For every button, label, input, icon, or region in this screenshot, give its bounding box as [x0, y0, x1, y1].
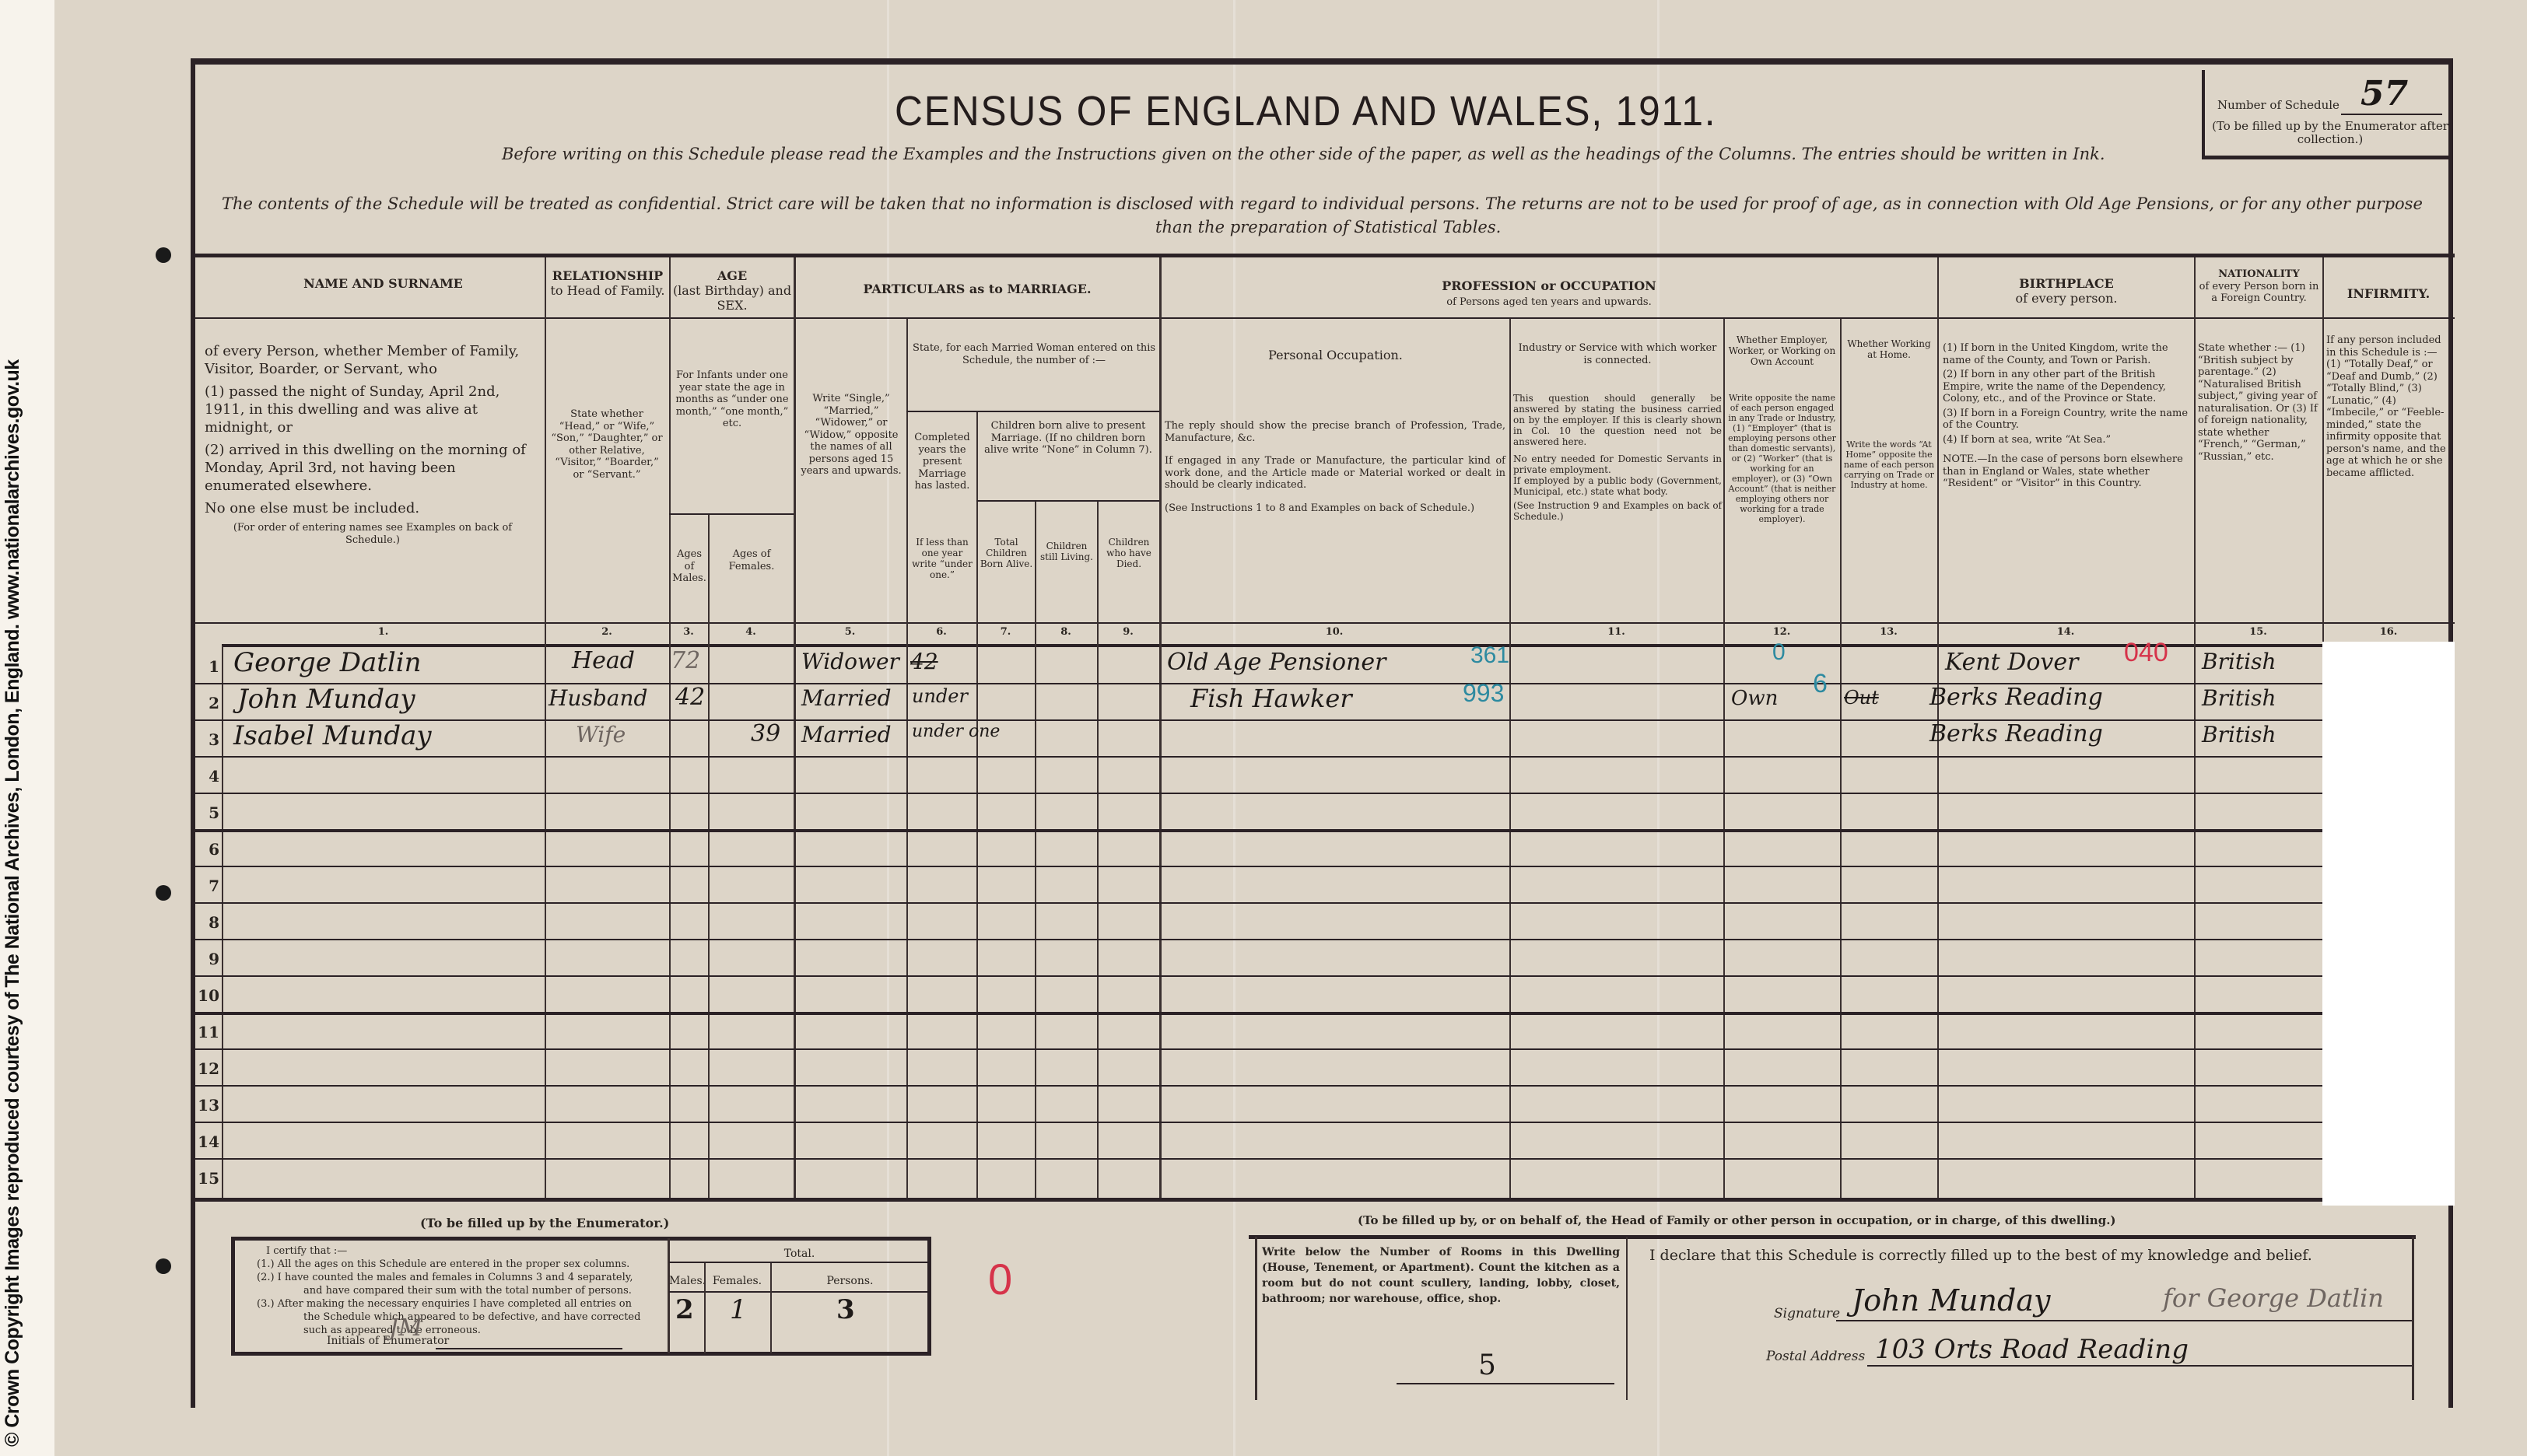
children-group: Children born alive to present Marriage.… — [979, 420, 1158, 457]
row-rule — [191, 1048, 2322, 1050]
rooms-divider — [1626, 1237, 1628, 1400]
cell-relationship[interactable]: Husband — [549, 685, 647, 711]
cell-marital[interactable]: Married — [801, 685, 892, 711]
col11-title: Industry or Service with which worker is… — [1513, 342, 1722, 366]
total-females[interactable]: 1 — [730, 1294, 747, 1325]
cell-relationship[interactable]: Head — [572, 647, 635, 674]
cell-name[interactable]: John Munday — [237, 684, 415, 715]
totals-col-rule — [704, 1263, 706, 1353]
initials-line — [436, 1348, 622, 1349]
col15-title: NATIONALITYof every Person born in a For… — [2196, 268, 2322, 305]
age-title: AGE(last Birthday) and SEX. — [671, 268, 794, 313]
confidential-line-2: than the preparation of Statistical Tabl… — [1155, 218, 1501, 236]
cell-occupation[interactable]: Fish Hawker — [1190, 684, 1352, 713]
cell-birthplace[interactable]: Berks Reading — [1929, 720, 2103, 747]
table-bottom-rule — [191, 1198, 2455, 1202]
total-persons[interactable]: 3 — [836, 1294, 855, 1325]
cell-years-married[interactable]: 42 — [910, 649, 938, 674]
row-rule — [191, 756, 2322, 758]
col-number: 16. — [2322, 626, 2455, 638]
householder-left-rule — [1255, 1237, 1257, 1400]
row-number: 12 — [195, 1059, 219, 1078]
rooms-line — [1397, 1383, 1614, 1384]
col-rule — [1840, 319, 1842, 1198]
schedule-number-box: Number of Schedule 57 (To be filled up b… — [2202, 70, 2452, 159]
cell-nationality[interactable]: British — [2202, 722, 2276, 747]
householder-right-rule — [2412, 1237, 2414, 1400]
schedule-number-label: Number of Schedule — [2217, 98, 2339, 112]
col10-title: Personal Occupation. — [1163, 348, 1508, 362]
col13-body: Write the words “At Home” opposite the n… — [1842, 439, 1936, 490]
col2-body: State whether “Head,” or “Wife,” “Son,” … — [549, 408, 665, 481]
signature-extra[interactable]: for George Datlin — [2163, 1283, 2384, 1313]
cell-at-home[interactable]: Out — [1844, 687, 1879, 709]
col-number: 2. — [545, 626, 669, 638]
col-rule — [708, 513, 710, 1198]
col6-body: Completed years the present Marriage has… — [908, 432, 976, 492]
col-rule — [1159, 257, 1162, 1198]
age-body: For Infants under one year state the age… — [672, 369, 792, 430]
row-number: 13 — [195, 1096, 219, 1115]
cell-occupation-code: 361 — [1470, 642, 1509, 669]
row-rule — [191, 1158, 2322, 1160]
header-bottom-rule — [191, 622, 2455, 624]
enumerator-caption: (To be filled up by the Enumerator.) — [420, 1216, 669, 1230]
col1-title: NAME AND SURNAME — [222, 276, 545, 291]
totals-rule — [669, 1291, 930, 1293]
cell-occupation-code: 993 — [1463, 679, 1504, 708]
row-rule — [191, 939, 2322, 940]
cell-relationship[interactable]: Wife — [576, 722, 626, 747]
age-sub-rule — [669, 513, 794, 515]
row-rule — [191, 829, 2322, 832]
cell-employment-code: 6 — [1813, 669, 1828, 699]
col-number: 10. — [1159, 626, 1509, 638]
col7-body: Total Children Born Alive. — [978, 537, 1035, 569]
col14-title: BIRTHPLACEof every person. — [1939, 276, 2194, 306]
row-number: 7 — [195, 877, 219, 895]
row-number: 8 — [195, 913, 219, 932]
col16-title: INFIRMITY. — [2324, 286, 2453, 301]
row-rule — [191, 793, 2322, 794]
copyright-notice: © Crown Copyright Images reproduced cour… — [2, 202, 33, 1447]
col-number: 9. — [1097, 626, 1159, 638]
totals-col-rule — [770, 1263, 772, 1353]
col-rule — [669, 257, 671, 1198]
col-rule — [1035, 502, 1036, 1198]
col15-body: State whether :— (1) “British subject by… — [2198, 342, 2321, 463]
row-number: 6 — [195, 840, 219, 859]
cell-occupation[interactable]: Old Age Pensioner — [1167, 649, 1386, 676]
punch-hole — [156, 1258, 171, 1274]
rooms-instruction: Write below the Number of Rooms in this … — [1262, 1244, 1620, 1307]
col-number: 4. — [708, 626, 794, 638]
instruction-line: Before writing on this Schedule please r… — [502, 145, 2105, 163]
signature-label: Signature — [1774, 1307, 1840, 1321]
children-sub-rule — [976, 500, 1159, 502]
married-woman-note: State, for each Married Woman entered on… — [910, 342, 1158, 366]
punch-hole — [156, 247, 171, 263]
col6-note: If less than one year write “under one.” — [908, 537, 976, 580]
rooms-value[interactable]: 5 — [1478, 1349, 1496, 1381]
cell-marital[interactable]: Widower — [801, 649, 899, 674]
cell-age-male[interactable]: 72 — [671, 647, 700, 674]
col14-body: (1) If born in the United Kingdom, write… — [1943, 342, 2190, 490]
cell-birthplace[interactable]: Kent Dover — [1945, 649, 2078, 676]
cell-nationality[interactable]: British — [2202, 685, 2276, 711]
schedule-number-value[interactable]: 57 — [2361, 74, 2408, 114]
initials-value[interactable]: JM — [389, 1314, 422, 1342]
address-label: Postal Address — [1766, 1349, 1865, 1364]
cell-age-female[interactable]: 39 — [751, 720, 780, 747]
row-number: 2 — [195, 694, 219, 712]
marriage-sub-rule — [906, 411, 1159, 412]
persons-label: Persons. — [770, 1274, 930, 1289]
cell-nationality[interactable]: British — [2202, 649, 2276, 674]
cell-birthplace[interactable]: Berks Reading — [1929, 684, 2103, 711]
col-number: 1. — [222, 626, 545, 638]
col-number: 6. — [906, 626, 976, 638]
cell-name[interactable]: Isabel Munday — [233, 720, 432, 751]
row-rule — [191, 866, 2322, 867]
schedule-number-note: (To be filled up by the Enumerator after… — [2205, 120, 2455, 146]
initials-label: Initials of Enumerator — [327, 1334, 449, 1349]
row-number: 5 — [195, 803, 219, 822]
col-rule — [2194, 257, 2196, 1198]
table-top-rule — [191, 254, 2455, 257]
householder-top-rule — [1249, 1235, 2416, 1239]
col-rule — [976, 412, 978, 1198]
row-number: 4 — [195, 767, 219, 786]
signature-line — [1836, 1320, 2412, 1321]
row-number: 3 — [195, 730, 219, 749]
col-rule — [545, 257, 546, 1198]
confidential-line: The contents of the Schedule will be tre… — [222, 194, 2423, 213]
col-rule — [1723, 319, 1725, 1198]
col-number: 14. — [1937, 626, 2194, 638]
col-rule — [1097, 502, 1099, 1198]
total-males[interactable]: 2 — [675, 1294, 694, 1325]
row-number: 14 — [195, 1132, 219, 1151]
males-label: Males. — [669, 1274, 704, 1289]
col-number: 12. — [1723, 626, 1840, 638]
cell-years-married[interactable]: under — [912, 685, 968, 707]
schedule-number-line — [2341, 114, 2442, 115]
row-rule — [191, 902, 2322, 904]
row-number: 11 — [195, 1023, 219, 1041]
declaration: I declare that this Schedule is correctl… — [1649, 1248, 2312, 1263]
col-number: 15. — [2194, 626, 2322, 638]
col-number: 11. — [1509, 626, 1723, 638]
col4-label: Ages of Females. — [710, 548, 794, 572]
occupation-title: PROFESSION or OCCUPATIONof Persons aged … — [1161, 278, 1937, 309]
punch-hole — [156, 885, 171, 901]
col12-body: Write opposite the name of each person e… — [1726, 393, 1838, 524]
cell-employment[interactable]: Own — [1731, 687, 1778, 710]
row-number: 1 — [195, 657, 219, 676]
cell-marital[interactable]: Married — [801, 722, 892, 747]
row-rule — [191, 1012, 2322, 1015]
col-number: 5. — [794, 626, 906, 638]
cell-years-married[interactable]: under one — [912, 722, 1000, 741]
total-label: Total. — [669, 1247, 930, 1262]
column-number-rule — [222, 644, 2322, 647]
cell-employment-code: 0 — [1772, 639, 1786, 666]
cell-name[interactable]: George Datlin — [233, 647, 422, 678]
page-title: CENSUS OF ENGLAND AND WALES, 1911. — [895, 87, 1716, 135]
col10-body: The reply should show the precise branch… — [1165, 420, 1505, 514]
col12-title: Whether Employer, Worker, or Working on … — [1726, 334, 1838, 367]
row-rule — [191, 1085, 2322, 1087]
address-value[interactable]: 103 Orts Road Reading — [1875, 1334, 2189, 1365]
marriage-title: PARTICULARS as to MARRIAGE. — [795, 282, 1159, 296]
row-rule — [191, 1122, 2322, 1123]
signature-value[interactable]: John Munday — [1852, 1283, 2050, 1318]
col9-body: Children who have Died. — [1099, 537, 1159, 569]
col1-body: of every Person, whether Member of Famil… — [198, 342, 541, 546]
col8-body: Children still Living. — [1036, 541, 1097, 562]
col5-body: Write “Single,” “Married,” “Widower,” or… — [797, 393, 905, 478]
red-check-mark: 0 — [988, 1254, 1012, 1304]
col-number: 8. — [1035, 626, 1097, 638]
col-number: 13. — [1840, 626, 1937, 638]
row-number: 9 — [195, 950, 219, 968]
col-number: 3. — [669, 626, 708, 638]
cell-age-male[interactable]: 42 — [675, 684, 705, 711]
cell-birthplace-code: 040 — [2124, 638, 2168, 668]
col-rule — [794, 257, 796, 1198]
col16-body: If any person included in this Schedule … — [2326, 334, 2451, 479]
col11-body: This question should generally be answer… — [1513, 393, 1722, 522]
address-line — [1867, 1365, 2412, 1367]
row-rule — [191, 975, 2322, 977]
col13-title: Whether Working at Home. — [1842, 338, 1936, 360]
females-label: Females. — [704, 1274, 770, 1289]
col-number: 7. — [976, 626, 1035, 638]
col-rule — [1509, 319, 1511, 1198]
form-frame — [191, 58, 2453, 1408]
row-number: 15 — [195, 1169, 219, 1188]
redacted-area — [2322, 642, 2455, 1206]
enumerator-certify: I certify that :— (1.) All the ages on t… — [257, 1244, 640, 1337]
col-rule — [222, 646, 223, 1198]
col3-label: Ages of Males. — [671, 548, 708, 585]
householder-caption: (To be filled up by, or on behalf of, th… — [1358, 1213, 2116, 1227]
totals-rule — [669, 1262, 930, 1263]
header-divider — [191, 317, 2455, 319]
col2-title: RELATIONSHIPto Head of Family. — [546, 268, 669, 298]
row-number: 10 — [195, 986, 219, 1005]
